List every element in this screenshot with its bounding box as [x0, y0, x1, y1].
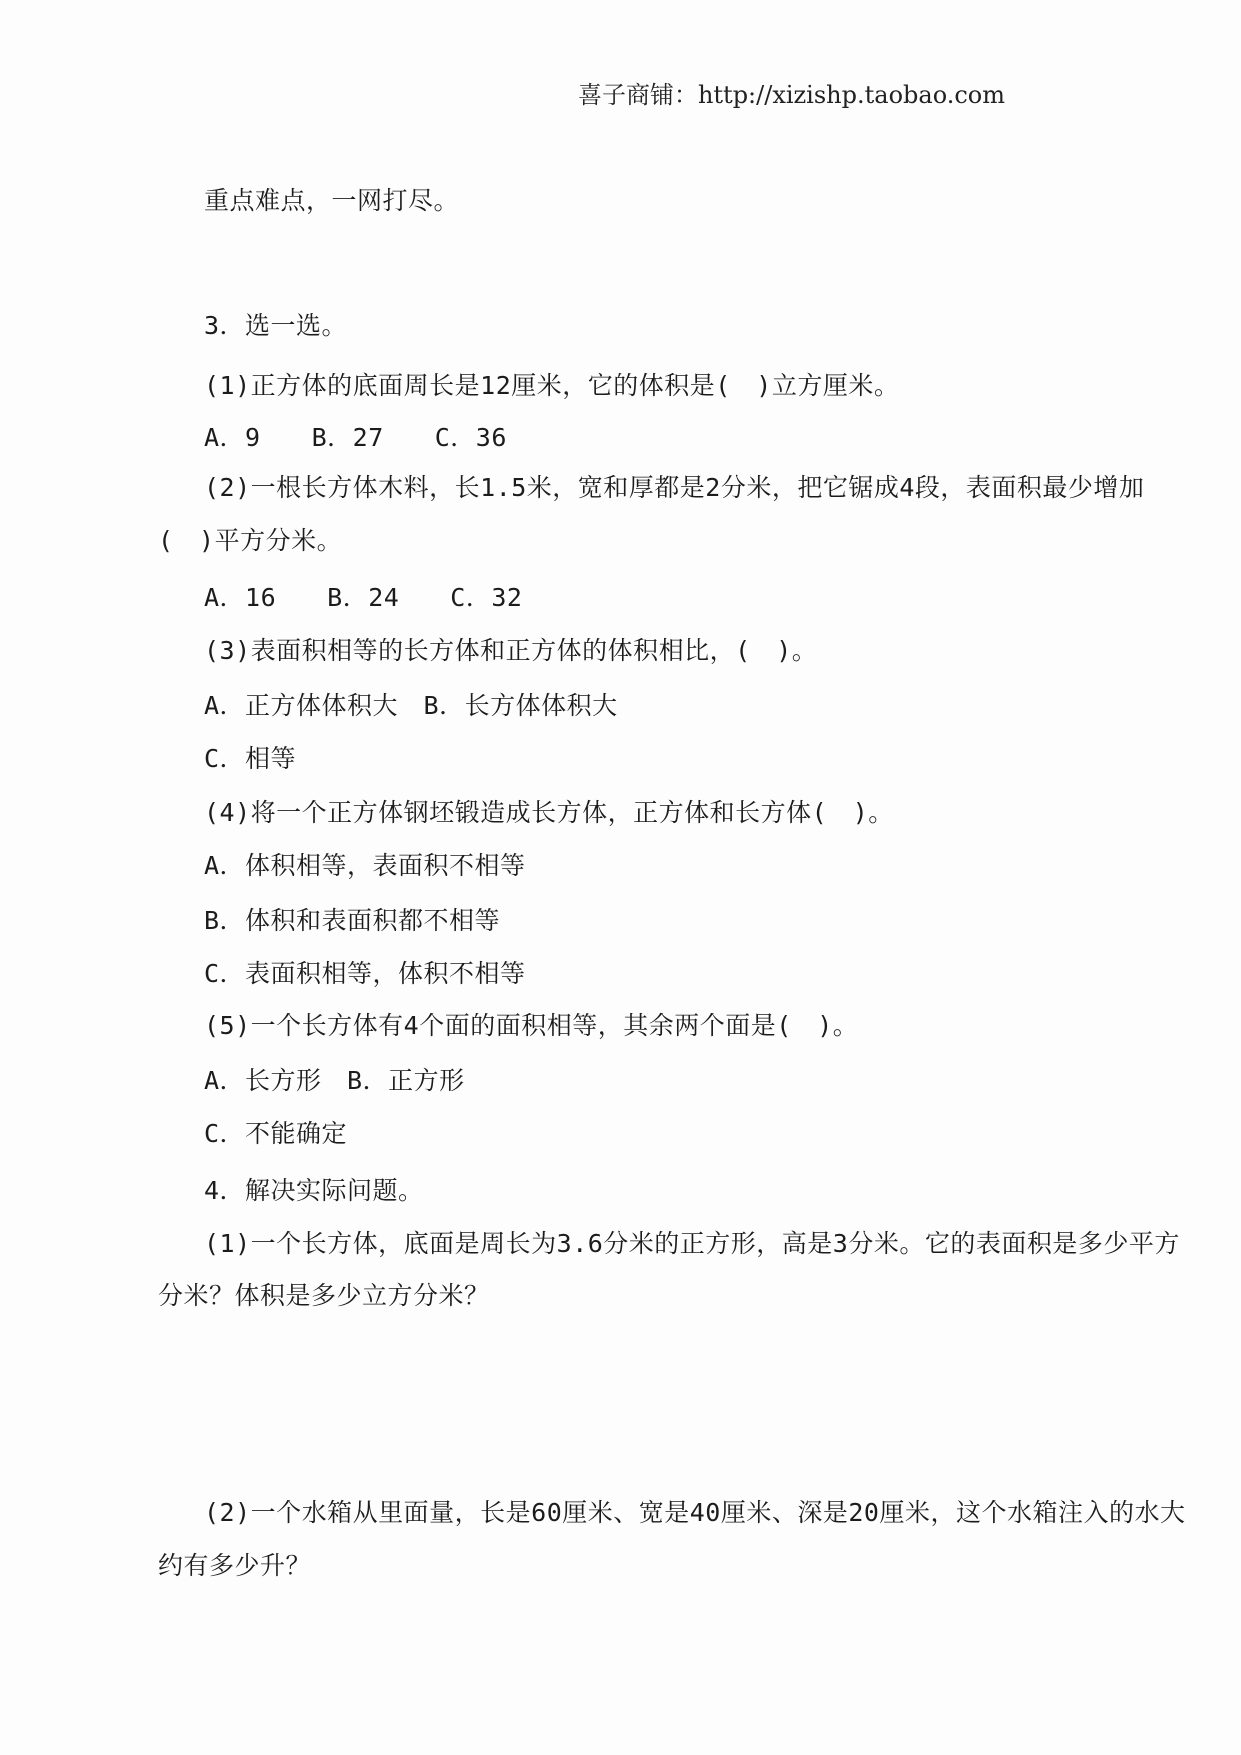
mc-q3-option-c: C．相等: [204, 743, 296, 775]
mc-q4-option-c: C．表面积相等，体积不相等: [204, 958, 526, 990]
mc-q2-stem-line1: (2)一根长方体木料，长1.5米，宽和厚都是2分米，把它锯成4段，表面积最少增加: [204, 472, 1144, 504]
intro-line: 重点难点，一网打尽。: [204, 185, 459, 217]
worksheet-page: 喜子商铺：http://xizishp.taobao.com 重点难点，一网打尽…: [0, 0, 1241, 1755]
section3-title: 3．选一选。: [204, 310, 347, 342]
ap-q1-line1: (1)一个长方体，底面是周长为3.6分米的正方形，高是3分米。它的表面积是多少平…: [204, 1228, 1180, 1260]
mc-q5-stem: (5)一个长方体有4个面的面积相等，其余两个面是( )。: [204, 1010, 858, 1042]
mc-q5-options-ab: A．长方形 B．正方形: [204, 1065, 465, 1097]
mc-q3-options-ab: A．正方体体积大 B．长方体体积大: [204, 690, 618, 722]
ap-q2-line1: (2)一个水箱从里面量，长是60厘米、宽是40厘米、深是20厘米，这个水箱注入的…: [204, 1497, 1185, 1529]
mc-q4-stem: (4)将一个正方体钢坯锻造成长方体，正方体和长方体( )。: [204, 797, 894, 829]
mc-q3-stem: (3)表面积相等的长方体和正方体的体积相比，( )。: [204, 635, 817, 667]
mc-q4-option-b: B．体积和表面积都不相等: [204, 905, 500, 937]
mc-q1-options: A．9 B．27 C．36: [204, 422, 507, 454]
section4-title: 4．解决实际问题。: [204, 1175, 424, 1207]
ap-q2-line2: 约有多少升？: [158, 1550, 311, 1582]
mc-q2-options: A．16 B．24 C．32: [204, 582, 522, 614]
ap-q1-line2: 分米？体积是多少立方分米？: [158, 1280, 490, 1312]
shop-watermark-text: 喜子商铺：http://xizishp.taobao.com: [578, 80, 1005, 110]
mc-q1-stem: (1)正方体的底面周长是12厘米，它的体积是( )立方厘米。: [204, 370, 899, 402]
mc-q4-option-a: A．体积相等，表面积不相等: [204, 850, 526, 882]
mc-q2-stem-line2: ( )平方分米。: [158, 525, 342, 557]
mc-q5-option-c: C．不能确定: [204, 1118, 347, 1150]
